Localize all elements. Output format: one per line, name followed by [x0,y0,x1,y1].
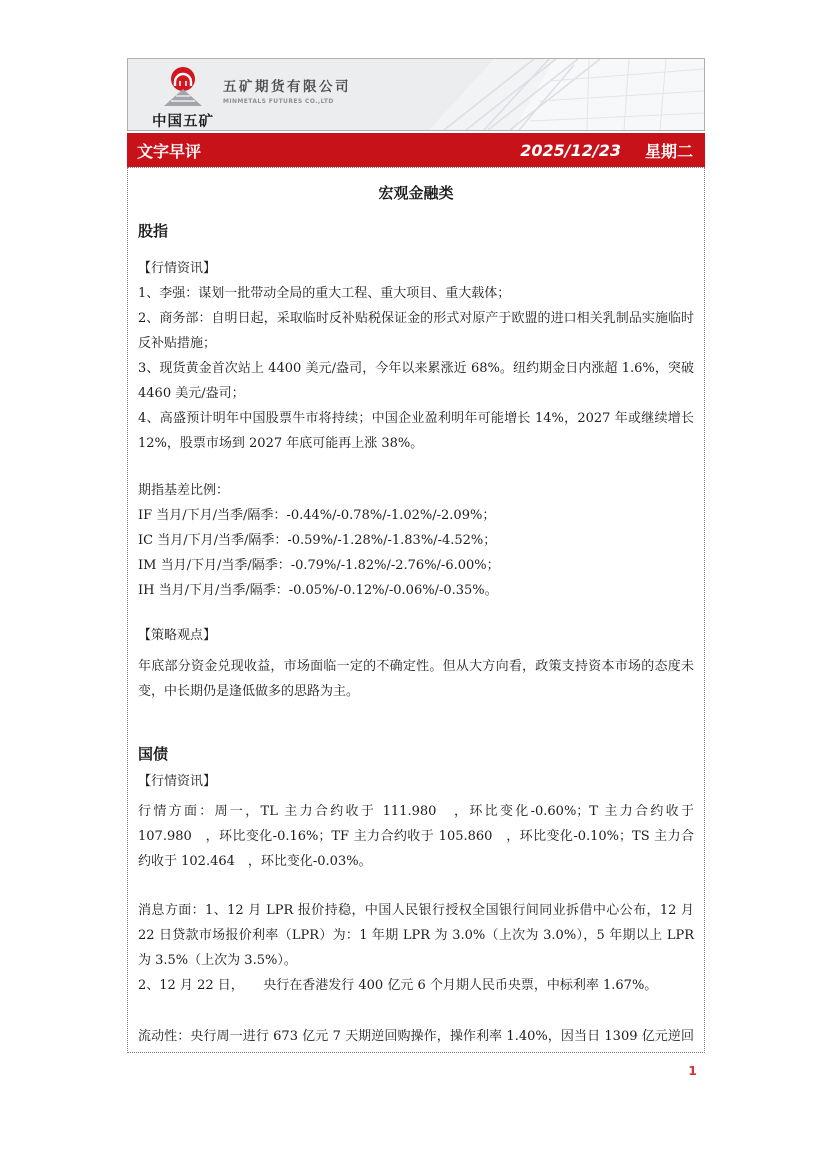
basis-line-ic: IC 当月/下月/当季/隔季：-0.59%/-1.28%/-1.83%/-4.5… [138,528,694,553]
company-logo: 中国五矿 [150,65,216,131]
treasury-market-text: 行情方面：周一，TL 主力合约收于 111.980 ，环比变化-0.60%；T … [138,799,694,874]
report-date: 2025/12/23 [520,141,621,160]
report-weekday: 星期二 [645,139,693,162]
treasury-liquidity-text: 流动性：央行周一进行 673 亿元 7 天期逆回购操作，操作利率 1.40%，因… [138,1024,694,1053]
info-label-treasury: 【行情资讯】 [138,769,694,794]
news-item-3: 3、现货黄金首次站上 4400 美元/盎司，今年以来累涨近 68%。纽约期金日内… [138,356,694,406]
basis-line-ih: IH 当月/下月/当季/隔季：-0.05%/-0.12%/-0.06%/-0.3… [138,578,694,603]
header-building-image [384,59,704,130]
report-type-title: 文字早评 [137,139,201,162]
treasury-news-text-1: 消息方面：1、12 月 LPR 报价持稳，中国人民银行授权全国银行间同业拆借中心… [138,898,694,973]
news-item-2: 2、商务部：自明日起，采取临时反补贴税保证金的形式对原产于欧盟的进口相关乳制品实… [138,306,694,356]
minmetals-emblem-icon [150,65,216,107]
logo-label: 中国五矿 [150,110,216,131]
report-body: 宏观金融类 股指 【行情资讯】 1、李强：谋划一批带动全局的重大工程、重大项目、… [127,167,705,1053]
letterhead: 中国五矿 五矿期货有限公司 MINMETALS FUTURES CO.,LTD [127,58,705,131]
company-name-cn: 五矿期货有限公司 [223,75,351,95]
news-item-1: 1、李强：谋划一批带动全局的重大工程、重大项目、重大载体； [138,281,694,306]
company-name-en: MINMETALS FUTURES CO.,LTD [223,98,351,105]
treasury-news-text-2: 2、12 月 22 日， 央行在香港发行 400 亿元 6 个月期人民币央票，中… [138,973,694,998]
report-date-block: 2025/12/23 星期二 [520,139,693,162]
section-heading-treasury: 国债 [138,739,694,769]
report-page: 中国五矿 五矿期货有限公司 MINMETALS FUTURES CO.,LTD … [127,58,705,1078]
report-banner: 文字早评 2025/12/23 星期二 [127,133,705,167]
basis-line-if: IF 当月/下月/当季/隔季：-0.44%/-0.78%/-1.02%/-2.0… [138,503,694,528]
basis-line-im: IM 当月/下月/当季/隔季：-0.79%/-1.82%/-2.76%/-6.0… [138,553,694,578]
news-item-4: 4、高盛预计明年中国股票牛市将持续；中国企业盈利明年可能增长 14%，2027 … [138,406,694,456]
strategy-label: 【策略观点】 [138,623,694,648]
strategy-text: 年底部分资金兑现收益，市场面临一定的不确定性。但从大方向看，政策支持资本市场的态… [138,654,694,704]
basis-ratio-title: 期指基差比例： [138,478,694,503]
section-heading-stock-index: 股指 [138,216,694,246]
company-name-block: 五矿期货有限公司 MINMETALS FUTURES CO.,LTD [223,75,351,105]
category-title: 宏观金融类 [138,178,694,208]
page-number: 1 [127,1063,705,1078]
info-label-stock-index: 【行情资讯】 [138,256,694,281]
